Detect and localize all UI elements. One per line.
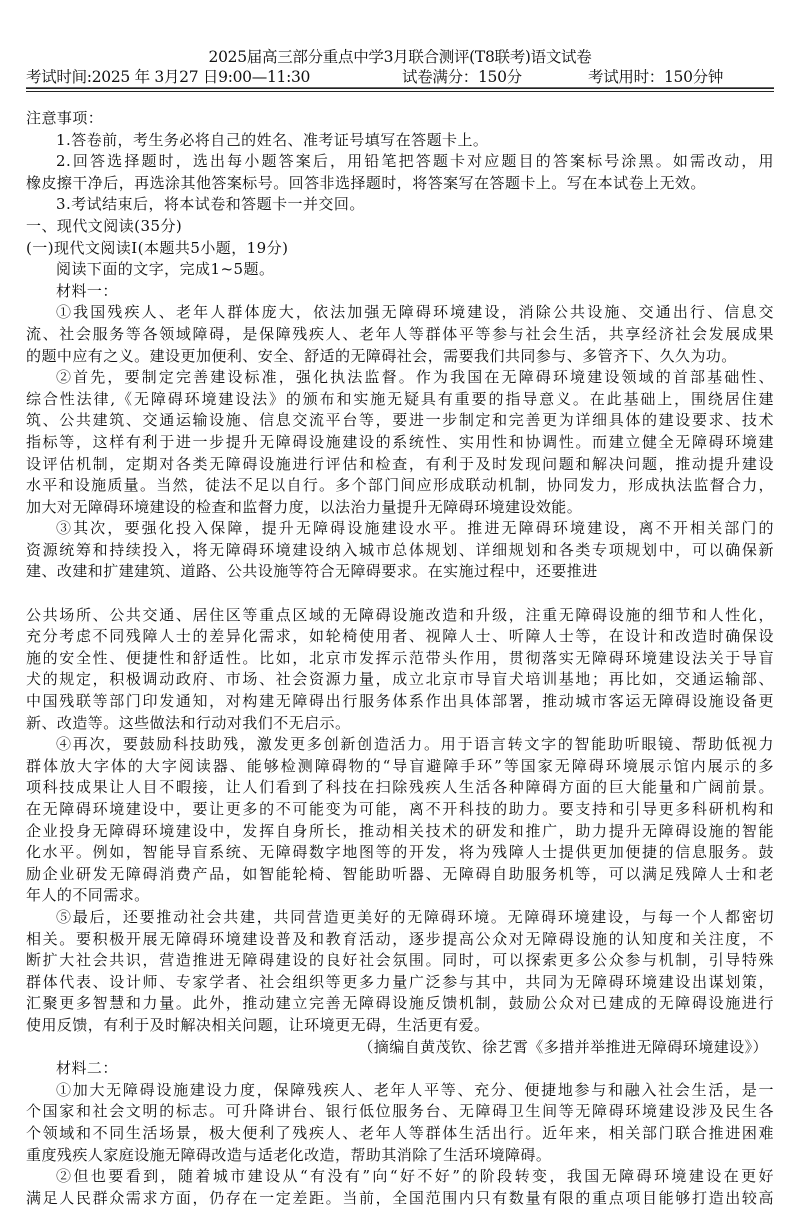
text-line: 公共场所、公共交通、居住区等重点区域的无障碍设施改造和升级，注重无障碍设施的细节…: [26, 605, 774, 627]
instruction: 阅读下面的文字，完成1~5题。: [26, 259, 774, 281]
material2-label: 材料二：: [26, 1058, 774, 1080]
text-line: 流、社会服务等各领域障碍，是保障残疾人、老年人等群体平等参与社会生活，共享经济社…: [26, 324, 774, 346]
text-line: 企业投身无障碍环境建设中，发挥自身所长，推动相关技术的研发和推广，助力提升无障碍…: [26, 821, 774, 843]
notice-item: 2.回答选择题时，选出每小题答案后，用铅笔把答题卡对应题目的答案标号涂黑。如需改…: [26, 151, 774, 173]
text-line: 综合性法律,《无障碍环境建设法》的颁布和实施无疑具有重要的指导意义。在此基础上，…: [26, 389, 774, 411]
notice-item: 3.考试结束后，将本试卷和答题卡一并交回。: [26, 194, 774, 216]
exam-body: 注意事项： 1.答卷前，考生务必将自己的姓名、准考证号填写在答题卡上。 2.回答…: [26, 108, 774, 1206]
text-line: 群体放大字体的大字阅读器、能够检测障碍物的“导盲避障手环”等国家无障碍环境展示馆…: [26, 756, 774, 778]
text-line: ⑤最后，还要推动社会共建，共同营造更美好的无障碍环境。无障碍环境建设，与每一个人…: [26, 907, 774, 929]
text-line: 励企业研发无障碍消费产品，如智能轮椅、智能助听器、无障碍自助服务机等，可以满足残…: [26, 864, 774, 886]
text-line: ①我国残疾人、老年人群体庞大，依法加强无障碍环境建设，消除公共设施、交通出行、信…: [26, 302, 774, 324]
text-line: 建、改建和扩建建筑、道路、公共设施等符合无障碍要求。在实施过程中，还要推进: [26, 561, 774, 583]
text-line: 设评估机制，定期对各类无障碍设施进行评估和检查，有利于及时发现问题和解决问题，推…: [26, 454, 774, 476]
text-line: 筑、公共建筑、交通运输设施、信息交流平台等，要进一步制定和完善更为详细具体的建设…: [26, 410, 774, 432]
material1-source: （摘编自黄茂钦、徐艺霄《多措并举推进无障碍环境建设》）: [26, 1037, 774, 1059]
exam-time: 考试时间:2025 年 3月27 日9:00—11:30: [26, 67, 310, 87]
material1-part2: 公共场所、公共交通、居住区等重点区域的无障碍设施改造和升级，注重无障碍设施的细节…: [26, 605, 774, 1037]
material2-body: ①加大无障碍设施建设力度，保障残疾人、老年人平等、充分、便捷地参与和融入社会生活…: [26, 1080, 774, 1206]
text-line: 新、改造等。这些做法和行动对我们不无启示。: [26, 713, 774, 735]
text-line: 年人的不同需求。: [26, 885, 774, 907]
text-line: 中国残联等部门印发通知，对构建无障碍出行服务体系作出具体部署，推动城市客运无障碍…: [26, 691, 774, 713]
text-line: 指标等，这样有利于进一步提升无障碍设施建设的系统性、实用性和协调性。而建立健全无…: [26, 432, 774, 454]
material1-part1: ①我国残疾人、老年人群体庞大，依法加强无障碍环境建设，消除公共设施、交通出行、信…: [26, 302, 774, 583]
exam-meta: 考试时间:2025 年 3月27 日9:00—11:30 试卷满分：150分 考…: [26, 67, 774, 87]
text-line: 的题中应有之义。建设更加便利、安全、舒适的无障碍社会，需要我们共同参与、多管齐下…: [26, 346, 774, 368]
text-line: 资源统筹和持续投入，将无障碍环境建设纳入城市总体规划、详细规划和各类专项规划中，…: [26, 540, 774, 562]
text-line: 断扩大社会共识，营造推进无障碍建设的良好社会氛围。同时，可以探索更多公众参与机制…: [26, 950, 774, 972]
text-line: ②但也要看到，随着城市建设从“有没有”向“好不好”的阶段转变，我国无障碍环境建设…: [26, 1166, 774, 1188]
header-divider: [26, 88, 774, 92]
text-line: 个国家和社会文明的标志。可升降讲台、银行低位服务台、无障碍卫生间等无障碍环境建设…: [26, 1101, 774, 1123]
text-line: 水平和设施质量。当然，徒法不足以自行。多个部门间应形成联动机制，协同发力，形成执…: [26, 475, 774, 497]
text-line: 加大对无障碍环境建设的检查和监督力度，以法治力量提升无障碍环境建设效能。: [26, 497, 774, 519]
text-line: 施的安全性、便捷性和舒适性。比如，北京市发挥示范带头作用，贯彻落实无障碍环境建设…: [26, 648, 774, 670]
text-line: 项科技成果让人目不暇接，让人们看到了科技在扫除残疾人生活各种障碍方面的巨大能量和…: [26, 777, 774, 799]
section-heading: 一、现代文阅读(35分): [26, 216, 774, 238]
notice-heading: 注意事项：: [26, 108, 774, 130]
text-line: 充分考虑不同残障人士的差异化需求，如轮椅使用者、视障人士、听障人士等，在设计和改…: [26, 626, 774, 648]
text-line: 化水平。例如，智能导盲系统、无障碍数字地图等的开发，将为残障人士提供更加便捷的信…: [26, 842, 774, 864]
notice-item-cont: 橡皮擦干净后，再选涂其他答案标号。回答非选择题时，将答案写在答题卡上。写在本试卷…: [26, 173, 774, 195]
text-line: 满足人民群众需求方面，仍存在一定差距。当前，全国范围内只有数量有限的重点项目能够…: [26, 1188, 774, 1206]
text-line: 群体代表、设计师、专家学者、社会组织等更多力量广泛参与其中，共同为无障碍环境建设…: [26, 972, 774, 994]
exam-title: 2025届高三部分重点中学3月联合测评(T8联考)语文试卷: [26, 47, 774, 67]
text-line: 重度残疾人家庭设施无障碍改造与适老化改造，帮助其消除了生活环境障碍。: [26, 1145, 774, 1167]
full-score: 试卷满分：150分: [402, 67, 522, 87]
material1-label: 材料一：: [26, 281, 774, 303]
text-line: 相关。要积极开展无障碍环境建设普及和教育活动，逐步提高公众对无障碍设施的认知度和…: [26, 929, 774, 951]
text-line: 犬的规定，积极调动政府、市场、社会资源力量，成立北京市导盲犬培训基地；再比如，交…: [26, 669, 774, 691]
notice-item: 1.答卷前，考生务必将自己的姓名、准考证号填写在答题卡上。: [26, 130, 774, 152]
text-line: ②首先，要制定完善建设标准，强化执法监督。作为我国在无障碍环境建设领域的首部基础…: [26, 367, 774, 389]
text-line: 在无障碍环境建设中，要让更多的不可能变为可能，离不开科技的助力。要支持和引导更多…: [26, 799, 774, 821]
duration: 考试用时：150分钟: [588, 67, 723, 87]
text-line: 使用反馈，有利于及时解决相关问题，让环境更无碍，生活更有爱。: [26, 1015, 774, 1037]
page-gap: [26, 583, 774, 605]
text-line: ③其次，要强化投入保障，提升无障碍设施建设水平。推进无障碍环境建设，离不开相关部…: [26, 518, 774, 540]
text-line: ①加大无障碍设施建设力度，保障残疾人、老年人平等、充分、便捷地参与和融入社会生活…: [26, 1080, 774, 1102]
text-line: 个领域和不同生活场景，极大便利了残疾人、老年人等群体生活出行。近年来，相关部门联…: [26, 1123, 774, 1145]
text-line: 汇聚更多智慧和力量。此外，推动建立完善无障碍设施反馈机制，鼓励公众对已建成的无障…: [26, 993, 774, 1015]
section-subheading: (一)现代文阅读Ⅰ(本题共5小题，19分): [26, 238, 774, 260]
text-line: ④再次，要鼓励科技助残，激发更多创新创造活力。用于语言转文字的智能助听眼镜、帮助…: [26, 734, 774, 756]
